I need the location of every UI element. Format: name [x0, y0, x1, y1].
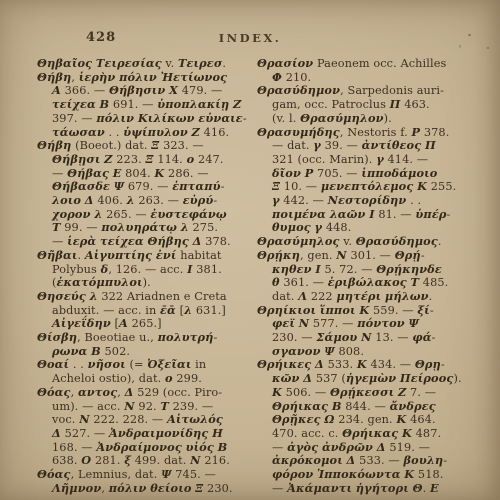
index-line: — Θήβας Ε 804. Κ 286. —	[37, 167, 253, 181]
index-line: Θόας, αντος, Δ 529 (occ. Piro-	[37, 386, 253, 400]
index-line: δῖον Ρ 705. — ἱπποδάμοιο	[257, 167, 497, 181]
index-line: Θρασύδημον, Sarpedonis auri-	[257, 84, 497, 98]
index-line: Acheloi ostio), dat. ο 299.	[37, 372, 253, 386]
index-line: Θρασυμήδης, Nestoris f. Ρ 378.	[257, 126, 497, 140]
index-line: voc. Ν 222. 228. — Αἰτωλός	[37, 413, 253, 427]
index-line: Αἰγεΐδην [Α 265.]	[37, 317, 253, 331]
index-line: 397. — πόλιν Κιλίκων εὐναιε-	[37, 112, 253, 126]
index-line: φόρον Ἱπποκόωντα Κ 518.	[257, 468, 497, 482]
index-line: — ἱερὰ τείχεα Θήβης Δ 378.	[37, 235, 253, 249]
index-line: Θήβη, ἱερὴν πόλιν Ἠετίωνος	[37, 71, 253, 85]
index-line: Θρῄκη, gen. Ν 301. — Θρῄ-	[257, 249, 497, 263]
index-line: (ἑκατόμπυλοι).	[37, 276, 253, 290]
index-line: χορον λ 265. — ἐυστεφάνῳ	[37, 208, 253, 222]
index-line: Θρηίκιοι ἵπποι Κ 559. — ξί-	[257, 304, 497, 318]
scan-speck	[487, 47, 489, 49]
index-line: Θόας, Lemnius, dat. Ψ 745. —	[37, 468, 253, 482]
index-line: dat. Λ 222 μητέρι μήλων.	[257, 290, 497, 304]
index-line: Θῆβαι. Αἰγυπτίης ἐνί habitat	[37, 249, 253, 263]
index-line: Θίσβη, Boeotiae u., πολυτρή-	[37, 331, 253, 345]
index-line: Θήβη (Boeot.) dat. Ξ 323. —	[37, 139, 253, 153]
index-line: Θήβῃσι Ζ 223. Ξ 114. ο 247.	[37, 153, 253, 167]
index-line: Θρήικας Β 844. — ἄνδρες	[257, 400, 497, 414]
index-line: — dat. γ 39. — ἀντίθεος Π	[257, 139, 497, 153]
index-line: λοιο Δ 406. λ 263. — εὐρύ-	[37, 194, 253, 208]
index-line: ἀκρόκομοι Δ 533. — βουλη-	[257, 454, 497, 468]
index-line: γ 442. — Νεστορίδην . .	[257, 194, 497, 208]
page-title: INDEX.	[0, 31, 500, 45]
index-line: κῶν Δ 537 (ἡγεμὼν Πείροος).	[257, 372, 497, 386]
index-line: Τ 99. — πολυηράτῳ λ 275.	[37, 221, 253, 235]
index-line: θ 361. — ἐριβώλακος Τ 485.	[257, 276, 497, 290]
index-line: 230. — Σάμου Ν 13. — φά-	[257, 331, 497, 345]
right-column: Θρασίον Paeonem occ. AchillesΦ 210.Θρασύ…	[257, 57, 497, 496]
index-line: Θρασίον Paeonem occ. Achilles	[257, 57, 497, 71]
left-column: Θηβαῖος Τειρεσίας v. Τειρεσ.Θήβη, ἱερὴν …	[37, 57, 253, 496]
index-line: (v. l. Θρασύμηλον).	[257, 112, 497, 126]
index-line: um). — acc. Ν 92. Τ 239. —	[37, 400, 253, 414]
index-line: Α 366. — Θήβησιν Χ 479. —	[37, 84, 253, 98]
index-line: Δ 527. — Ἀνδραιμονίδης Η	[37, 427, 253, 441]
index-line: Ξ 10. — μενεπτόλεμος Κ 255.	[257, 180, 497, 194]
index-line: Θοαί . . νῆσοι (= Ὀξεῖαι in	[37, 358, 253, 372]
index-line: ποιμένα λαῶν Ι 81. — ὑπέρ-	[257, 208, 497, 222]
scan-speck	[459, 45, 461, 48]
index-line: Θρῇκες Ω 234. gen. Κ 464.	[257, 413, 497, 427]
index-line: τάωσαν . . ὑψίπυλον Ζ 416.	[37, 126, 253, 140]
scan-speck	[468, 34, 471, 36]
index-line: θυμος γ 448.	[257, 221, 497, 235]
index-line: 638. Ο 281. ξ 499. dat. Ν 216.	[37, 454, 253, 468]
index-line: Θηβαῖος Τειρεσίας v. Τειρεσ.	[37, 57, 253, 71]
index-line: 470. acc. c. Θρήικας Κ 487.	[257, 427, 497, 441]
index-line: gam, occ. Patroclus Π 463.	[257, 98, 497, 112]
index-line: κηθεν Ι 5. 72. — Θρῄκηνδε	[257, 263, 497, 277]
index-line: — Ἀκάμαντι ἡγήτορι Θ. Ε	[257, 482, 497, 496]
index-line: — ἀγὸς ἀνδρῶν Δ 519. —	[257, 441, 497, 455]
index-line: Κ 506. — Θρῄκεσσι Ζ 7. —	[257, 386, 497, 400]
index-line: Θήβασδε Ψ 679. — ἑπταπύ-	[37, 180, 253, 194]
index-line: τείχεα Β 691. — ὑποπλακίῃ Ζ	[37, 98, 253, 112]
page-header: 428 INDEX.	[0, 30, 500, 48]
index-line: Polybus δ, 126. — acc. Ι 381.	[37, 263, 253, 277]
index-line: Θρασύμηλος v. Θρασύδημος.	[257, 235, 497, 249]
index-line: σγανον Ψ 808.	[257, 345, 497, 359]
index-line: ρωνα Β 502.	[37, 345, 253, 359]
index-line: Λῆμνον, πόλιν θείοιο Ξ 230.	[37, 482, 253, 496]
book-page: 428 INDEX. Θηβαῖος Τειρεσίας v. Τειρεσ.Θ…	[0, 0, 500, 500]
index-line: 321 (occ. Marin). γ 414. —	[257, 153, 497, 167]
index-line: Φ 210.	[257, 71, 497, 85]
index-line: Θησεύς λ 322 Ariadnen e Creta	[37, 290, 253, 304]
index-line: 168. — Ἀνδραίμονος υἱός Β	[37, 441, 253, 455]
index-line: Θρήικες Δ 533. Κ 434. — Θρῃ-	[257, 358, 497, 372]
index-line: φεϊ Ν 577. — πόντον Ψ	[257, 317, 497, 331]
